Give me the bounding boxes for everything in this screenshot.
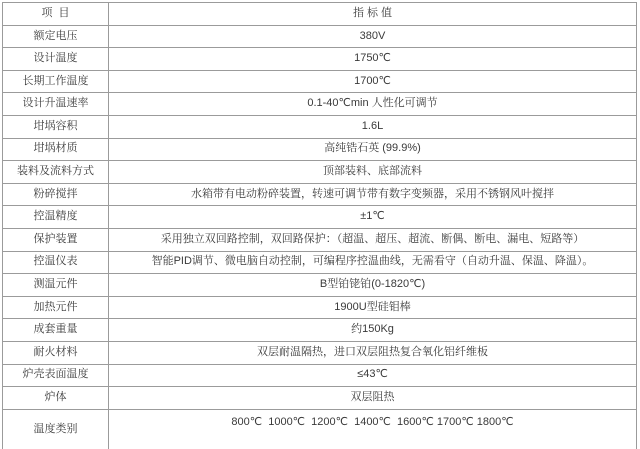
- row-value-cell: 双层阻热: [109, 387, 637, 410]
- row-item-cell: 成套重量: [3, 319, 109, 342]
- row-item-cell: 耐火材料: [3, 341, 109, 364]
- table-row: 保护装置采用独立双回路控制，双回路保护：（超温、超压、超流、断偶、断电、漏电、短…: [3, 228, 637, 251]
- row-item-cell: 炉体: [3, 387, 109, 410]
- table-row: 设计升温速率0.1-40℃min 人性化可调节: [3, 93, 637, 116]
- table-row: 控温仪表智能PID调节、微电脑自动控制，可编程序控温曲线，无需看守（自动升温、保…: [3, 251, 637, 274]
- table-header-row: 项 目 指 标 值: [3, 3, 637, 26]
- row-item-cell: 装料及流料方式: [3, 161, 109, 184]
- table-row: 炉体双层阻热: [3, 387, 637, 410]
- row-value-cell: 0.1-40℃min 人性化可调节: [109, 93, 637, 116]
- table-row: 耐火材料双层耐温隔热，进口双层阻热复合氧化铝纤维板: [3, 341, 637, 364]
- row-item-cell: 设计温度: [3, 48, 109, 71]
- table-row: 加热元件1900U型硅钼棒: [3, 296, 637, 319]
- table-row: 炉壳表面温度≤43℃: [3, 364, 637, 387]
- spec-table-head: 项 目 指 标 值: [3, 3, 637, 26]
- row-item-cell: 设计升温速率: [3, 93, 109, 116]
- row-item-cell: 炉壳表面温度: [3, 364, 109, 387]
- row-item-cell: 粉碎搅拌: [3, 183, 109, 206]
- row-item-cell: 控温仪表: [3, 251, 109, 274]
- header-cell-value: 指 标 值: [109, 3, 637, 26]
- header-cell-item: 项 目: [3, 3, 109, 26]
- row-value-cell: 1700℃: [109, 70, 637, 93]
- spec-table: 项 目 指 标 值 额定电压380V设计温度1750℃长期工作温度1700℃设计…: [2, 2, 637, 449]
- row-value-cell: ≤43℃: [109, 364, 637, 387]
- row-value-cell: 800℃ 1000℃ 1200℃ 1400℃ 1600℃ 1700℃ 1800℃: [109, 409, 637, 449]
- row-value-cell: 采用独立双回路控制，双回路保护：（超温、超压、超流、断偶、断电、漏电、短路等）: [109, 228, 637, 251]
- row-value-cell: 约150Kg: [109, 319, 637, 342]
- table-row: 装料及流料方式顶部装料、底部流料: [3, 161, 637, 184]
- spec-table-body: 额定电压380V设计温度1750℃长期工作温度1700℃设计升温速率0.1-40…: [3, 25, 637, 449]
- row-item-cell: 保护装置: [3, 228, 109, 251]
- table-row: 控温精度±1℃: [3, 206, 637, 229]
- row-item-cell: 控温精度: [3, 206, 109, 229]
- table-row: 测温元件B型铂铑铂(0-1820℃): [3, 274, 637, 297]
- row-item-cell: 温度类别: [3, 409, 109, 449]
- table-row: 温度类别800℃ 1000℃ 1200℃ 1400℃ 1600℃ 1700℃ 1…: [3, 409, 637, 449]
- row-value-cell: B型铂铑铂(0-1820℃): [109, 274, 637, 297]
- row-value-cell: 380V: [109, 25, 637, 48]
- row-value-cell: 水箱带有电动粉碎装置，转速可调节带有数字变频器，采用不锈钢风叶搅拌: [109, 183, 637, 206]
- row-item-cell: 测温元件: [3, 274, 109, 297]
- row-value-cell: 高纯锆石英 (99.9%): [109, 138, 637, 161]
- row-value-cell: 双层耐温隔热，进口双层阻热复合氧化铝纤维板: [109, 341, 637, 364]
- table-row: 额定电压380V: [3, 25, 637, 48]
- row-value-cell: 1750℃: [109, 48, 637, 71]
- row-value-cell: 智能PID调节、微电脑自动控制，可编程序控温曲线，无需看守（自动升温、保温、降温…: [109, 251, 637, 274]
- row-value-cell: 1.6L: [109, 115, 637, 138]
- row-item-cell: 加热元件: [3, 296, 109, 319]
- row-item-cell: 额定电压: [3, 25, 109, 48]
- table-row: 坩埚容积1.6L: [3, 115, 637, 138]
- row-value-cell: 1900U型硅钼棒: [109, 296, 637, 319]
- spec-sheet-page: 项 目 指 标 值 额定电压380V设计温度1750℃长期工作温度1700℃设计…: [0, 0, 640, 449]
- table-row: 长期工作温度1700℃: [3, 70, 637, 93]
- table-row: 成套重量约150Kg: [3, 319, 637, 342]
- row-item-cell: 坩埚容积: [3, 115, 109, 138]
- table-row: 设计温度1750℃: [3, 48, 637, 71]
- table-row: 粉碎搅拌水箱带有电动粉碎装置，转速可调节带有数字变频器，采用不锈钢风叶搅拌: [3, 183, 637, 206]
- row-value-cell: 顶部装料、底部流料: [109, 161, 637, 184]
- table-row: 坩埚材质高纯锆石英 (99.9%): [3, 138, 637, 161]
- row-item-cell: 坩埚材质: [3, 138, 109, 161]
- row-value-cell: ±1℃: [109, 206, 637, 229]
- row-item-cell: 长期工作温度: [3, 70, 109, 93]
